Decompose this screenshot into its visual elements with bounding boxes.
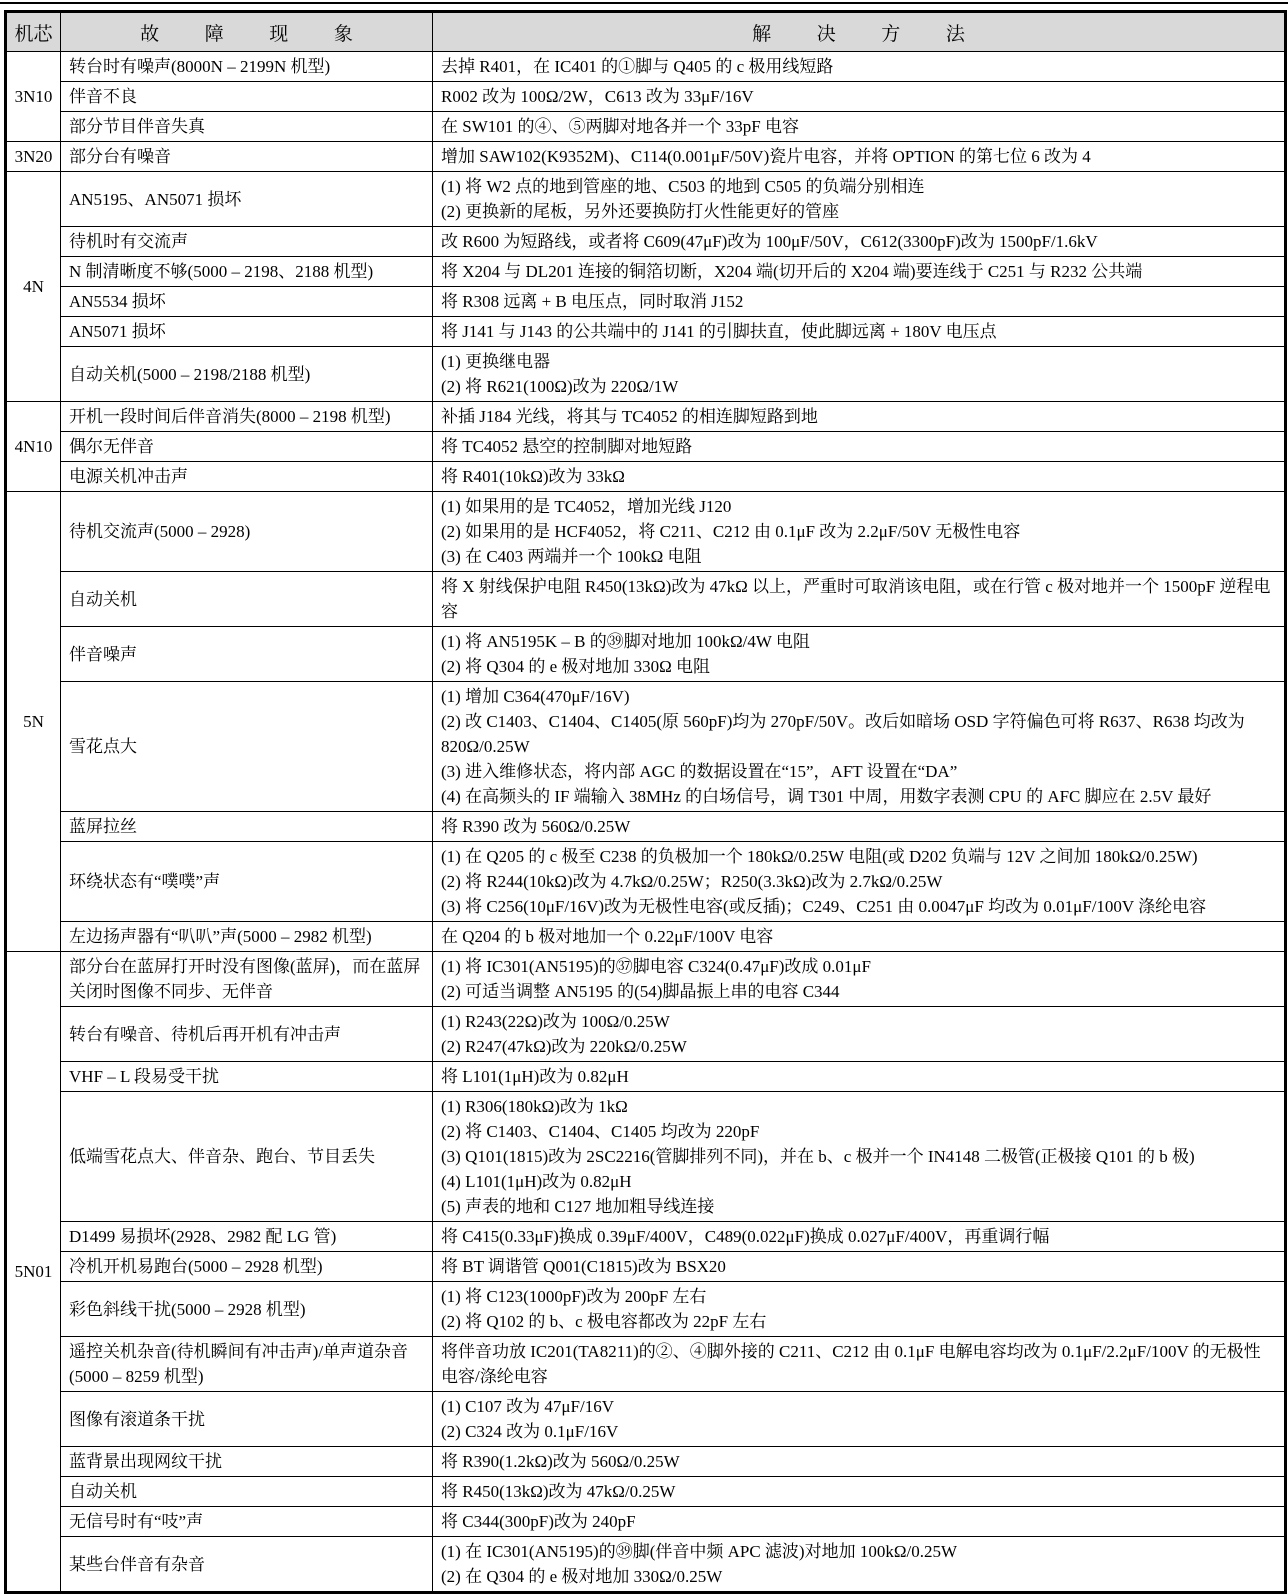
solution-line: 将伴音功放 IC201(TA8211)的②、④脚外接的 C211、C212 由 … — [441, 1339, 1276, 1389]
solution-line: 将 C415(0.33μF)换成 0.39μF/400V，C489(0.022μ… — [441, 1224, 1276, 1249]
solution-line: 去掉 R401，在 IC401 的①脚与 Q405 的 c 极用线短路 — [441, 54, 1276, 79]
symptom-cell: 开机一段时间后伴音消失(8000 – 2198 机型) — [61, 402, 433, 432]
solution-line: (3) 在 C403 两端并一个 100kΩ 电阻 — [441, 544, 1276, 569]
solution-line: 将 TC4052 悬空的控制脚对地短路 — [441, 434, 1276, 459]
chassis-cell: 3N20 — [6, 142, 61, 172]
symptom-cell: 部分节目伴音失真 — [61, 112, 433, 142]
table-row: 转台有噪音、待机后再开机有冲击声(1) R243(22Ω)改为 100Ω/0.2… — [6, 1007, 1286, 1062]
solution-cell: (1) 将 C123(1000pF)改为 200pF 左右(2) 将 Q102 … — [433, 1282, 1286, 1337]
solution-cell: (1) 在 Q205 的 c 极至 C238 的负极加一个 180kΩ/0.25… — [433, 842, 1286, 922]
symptom-cell: 转台有噪音、待机后再开机有冲击声 — [61, 1007, 433, 1062]
solution-line: 将 X 射线保护电阻 R450(13kΩ)改为 47kΩ 以上，严重时可取消该电… — [441, 574, 1276, 624]
symptom-cell: 偶尔无伴音 — [61, 432, 433, 462]
solution-line: (2) R247(47kΩ)改为 220kΩ/0.25W — [441, 1034, 1276, 1059]
table-row: 蓝屏拉丝将 R390 改为 560Ω/0.25W — [6, 812, 1286, 842]
chassis-cell: 5N — [6, 492, 61, 952]
solution-line: (2) 将 Q304 的 e 极对地加 330Ω 电阻 — [441, 654, 1276, 679]
solution-cell: R002 改为 100Ω/2W，C613 改为 33μF/16V — [433, 82, 1286, 112]
solution-cell: 改 R600 为短路线，或者将 C609(47μF)改为 100μF/50V，C… — [433, 227, 1286, 257]
solution-cell: 将 X204 与 DL201 连接的铜箔切断，X204 端(切开后的 X204 … — [433, 257, 1286, 287]
symptom-cell: 部分台有噪音 — [61, 142, 433, 172]
symptom-cell: 彩色斜线干扰(5000 – 2928 机型) — [61, 1282, 433, 1337]
solution-line: 将 R390 改为 560Ω/0.25W — [441, 814, 1276, 839]
table-row: N 制清晰度不够(5000 – 2198、2188 机型)将 X204 与 DL… — [6, 257, 1286, 287]
symptom-cell: 图像有滚道条干扰 — [61, 1392, 433, 1447]
solution-cell: 去掉 R401，在 IC401 的①脚与 Q405 的 c 极用线短路 — [433, 52, 1286, 82]
solution-line: (1) 将 W2 点的地到管座的地、C503 的地到 C505 的负端分别相连 — [441, 174, 1276, 199]
table-row: 彩色斜线干扰(5000 – 2928 机型)(1) 将 C123(1000pF)… — [6, 1282, 1286, 1337]
chassis-cell: 4N10 — [6, 402, 61, 492]
table-row: 伴音噪声(1) 将 AN5195K – B 的㊴脚对地加 100kΩ/4W 电阻… — [6, 627, 1286, 682]
solution-line: (2) C324 改为 0.1μF/16V — [441, 1419, 1276, 1444]
table-body: 3N10转台时有噪声(8000N – 2199N 机型)去掉 R401，在 IC… — [6, 52, 1286, 1593]
table-row: 部分节目伴音失真在 SW101 的④、⑤两脚对地各并一个 33pF 电容 — [6, 112, 1286, 142]
symptom-cell: 待机时有交流声 — [61, 227, 433, 257]
symptom-cell: 伴音不良 — [61, 82, 433, 112]
solution-cell: (1) 更换继电器(2) 将 R621(100Ω)改为 220Ω/1W — [433, 347, 1286, 402]
table-row: 偶尔无伴音将 TC4052 悬空的控制脚对地短路 — [6, 432, 1286, 462]
symptom-cell: 遥控关机杂音(待机瞬间有冲击声)/单声道杂音(5000 – 8259 机型) — [61, 1337, 433, 1392]
table-row: 电源关机冲击声将 R401(10kΩ)改为 33kΩ — [6, 462, 1286, 492]
solution-line: (1) 在 Q205 的 c 极至 C238 的负极加一个 180kΩ/0.25… — [441, 844, 1276, 869]
solution-cell: 将 J141 与 J143 的公共端中的 J141 的引脚扶直，使此脚远离 + … — [433, 317, 1286, 347]
table-row: AN5071 损坏将 J141 与 J143 的公共端中的 J141 的引脚扶直… — [6, 317, 1286, 347]
table-row: 3N10转台时有噪声(8000N – 2199N 机型)去掉 R401，在 IC… — [6, 52, 1286, 82]
symptom-cell: 蓝屏拉丝 — [61, 812, 433, 842]
table-row: 无信号时有“吱”声将 C344(300pF)改为 240pF — [6, 1507, 1286, 1537]
chassis-cell: 3N10 — [6, 52, 61, 142]
table-row: 5N01部分台在蓝屏打开时没有图像(蓝屏)，而在蓝屏关闭时图像不同步、无伴音(1… — [6, 952, 1286, 1007]
solution-cell: (1) R243(22Ω)改为 100Ω/0.25W(2) R247(47kΩ)… — [433, 1007, 1286, 1062]
solution-cell: (1) C107 改为 47μF/16V(2) C324 改为 0.1μF/16… — [433, 1392, 1286, 1447]
table-row: 遥控关机杂音(待机瞬间有冲击声)/单声道杂音(5000 – 8259 机型)将伴… — [6, 1337, 1286, 1392]
solution-line: 将 C344(300pF)改为 240pF — [441, 1509, 1276, 1534]
symptom-cell: 蓝背景出现网纹干扰 — [61, 1447, 433, 1477]
solution-cell: 将 R390 改为 560Ω/0.25W — [433, 812, 1286, 842]
solution-cell: (1) 如果用的是 TC4052，增加光线 J120(2) 如果用的是 HCF4… — [433, 492, 1286, 572]
solution-line: 补插 J184 光线，将其与 TC4052 的相连脚短路到地 — [441, 404, 1276, 429]
table-row: 5N待机交流声(5000 – 2928)(1) 如果用的是 TC4052，增加光… — [6, 492, 1286, 572]
solution-cell: 将 R450(13kΩ)改为 47kΩ/0.25W — [433, 1477, 1286, 1507]
solution-line: (2) 更换新的尾板，另外还要换防打火性能更好的管座 — [441, 199, 1276, 224]
symptom-cell: 自动关机 — [61, 1477, 433, 1507]
solution-cell: 将 R308 远离 + B 电压点，同时取消 J152 — [433, 287, 1286, 317]
solution-line: 改 R600 为短路线，或者将 C609(47μF)改为 100μF/50V，C… — [441, 229, 1276, 254]
solution-line: (2) 在 Q304 的 e 极对地加 330Ω/0.25W — [441, 1564, 1276, 1589]
solution-line: (1) 将 IC301(AN5195)的㊲脚电容 C324(0.47μF)改成 … — [441, 954, 1276, 979]
solution-line: 在 SW101 的④、⑤两脚对地各并一个 33pF 电容 — [441, 114, 1276, 139]
solution-cell: (1) 将 W2 点的地到管座的地、C503 的地到 C505 的负端分别相连(… — [433, 172, 1286, 227]
table-row: 环绕状态有“噗噗”声(1) 在 Q205 的 c 极至 C238 的负极加一个 … — [6, 842, 1286, 922]
solution-line: 将 R450(13kΩ)改为 47kΩ/0.25W — [441, 1479, 1276, 1504]
symptom-cell: N 制清晰度不够(5000 – 2198、2188 机型) — [61, 257, 433, 287]
page-top-rule — [0, 2, 1288, 4]
symptom-cell: 低端雪花点大、伴音杂、跑台、节目丢失 — [61, 1092, 433, 1222]
solution-line: (2) 将 R244(10kΩ)改为 4.7kΩ/0.25W；R250(3.3k… — [441, 869, 1276, 894]
symptom-cell: 待机交流声(5000 – 2928) — [61, 492, 433, 572]
solution-line: (1) 在 IC301(AN5195)的㊴脚(伴音中频 APC 滤波)对地加 1… — [441, 1539, 1276, 1564]
table-row: 自动关机将 X 射线保护电阻 R450(13kΩ)改为 47kΩ 以上，严重时可… — [6, 572, 1286, 627]
solution-line: (2) 改 C1403、C1404、C1405(原 560pF)均为 270pF… — [441, 709, 1276, 759]
solution-line: 将 R390(1.2kΩ)改为 560Ω/0.25W — [441, 1449, 1276, 1474]
solution-cell: 在 SW101 的④、⑤两脚对地各并一个 33pF 电容 — [433, 112, 1286, 142]
symptom-cell: 雪花点大 — [61, 682, 433, 812]
symptom-cell: 冷机开机易跑台(5000 – 2928 机型) — [61, 1252, 433, 1282]
solution-line: (2) 将 C1403、C1404、C1405 均改为 220pF — [441, 1119, 1276, 1144]
solution-cell: 将 C415(0.33μF)换成 0.39μF/400V，C489(0.022μ… — [433, 1222, 1286, 1252]
solution-line: (3) 进入维修状态，将内部 AGC 的数据设置在“15”，AFT 设置在“DA… — [441, 759, 1276, 784]
solution-cell: 将 C344(300pF)改为 240pF — [433, 1507, 1286, 1537]
table-row: D1499 易损坏(2928、2982 配 LG 管)将 C415(0.33μF… — [6, 1222, 1286, 1252]
symptom-cell: 左边扬声器有“叭叭”声(5000 – 2982 机型) — [61, 922, 433, 952]
column-header-symptom-label: 故障现象 — [140, 24, 398, 45]
table-row: 自动关机(5000 – 2198/2188 机型)(1) 更换继电器(2) 将 … — [6, 347, 1286, 402]
symptom-cell: 某些台伴音有杂音 — [61, 1537, 433, 1593]
column-header-chassis: 机芯 — [6, 12, 61, 52]
symptom-cell: 伴音噪声 — [61, 627, 433, 682]
solution-cell: 将 R401(10kΩ)改为 33kΩ — [433, 462, 1286, 492]
symptom-cell: AN5195、AN5071 损坏 — [61, 172, 433, 227]
solution-line: (3) 将 C256(10μF/16V)改为无极性电容(或反插)；C249、C2… — [441, 894, 1276, 919]
solution-line: (1) 增加 C364(470μF/16V) — [441, 684, 1276, 709]
table-row: 自动关机将 R450(13kΩ)改为 47kΩ/0.25W — [6, 1477, 1286, 1507]
solution-cell: 将 R390(1.2kΩ)改为 560Ω/0.25W — [433, 1447, 1286, 1477]
solution-line: 将 J141 与 J143 的公共端中的 J141 的引脚扶直，使此脚远离 + … — [441, 319, 1276, 344]
solution-cell: 补插 J184 光线，将其与 TC4052 的相连脚短路到地 — [433, 402, 1286, 432]
table-row: 3N20部分台有噪音增加 SAW102(K9352M)、C114(0.001μF… — [6, 142, 1286, 172]
solution-cell: (1) R306(180kΩ)改为 1kΩ(2) 将 C1403、C1404、C… — [433, 1092, 1286, 1222]
solution-line: (1) C107 改为 47μF/16V — [441, 1394, 1276, 1419]
solution-line: (1) 将 C123(1000pF)改为 200pF 左右 — [441, 1284, 1276, 1309]
solution-line: (1) 将 AN5195K – B 的㊴脚对地加 100kΩ/4W 电阻 — [441, 629, 1276, 654]
fault-solution-table: 机芯 故障现象 解决方法 3N10转台时有噪声(8000N – 2199N 机型… — [4, 10, 1287, 1594]
symptom-cell: VHF – L 段易受干扰 — [61, 1062, 433, 1092]
solution-cell: 将 TC4052 悬空的控制脚对地短路 — [433, 432, 1286, 462]
solution-cell: 将伴音功放 IC201(TA8211)的②、④脚外接的 C211、C212 由 … — [433, 1337, 1286, 1392]
symptom-cell: 转台时有噪声(8000N – 2199N 机型) — [61, 52, 433, 82]
solution-line: (3) Q101(1815)改为 2SC2216(管脚排列不同)，并在 b、c … — [441, 1144, 1276, 1169]
solution-line: R002 改为 100Ω/2W，C613 改为 33μF/16V — [441, 84, 1276, 109]
table-row: 待机时有交流声改 R600 为短路线，或者将 C609(47μF)改为 100μ… — [6, 227, 1286, 257]
solution-line: (2) 将 R621(100Ω)改为 220Ω/1W — [441, 374, 1276, 399]
solution-line: (2) 可适当调整 AN5195 的(54)脚晶振上串的电容 C344 — [441, 979, 1276, 1004]
solution-line: 将 BT 调谐管 Q001(C1815)改为 BSX20 — [441, 1254, 1276, 1279]
solution-cell: (1) 在 IC301(AN5195)的㊴脚(伴音中频 APC 滤波)对地加 1… — [433, 1537, 1286, 1593]
symptom-cell: 自动关机(5000 – 2198/2188 机型) — [61, 347, 433, 402]
chassis-cell: 4N — [6, 172, 61, 402]
solution-line: 将 R308 远离 + B 电压点，同时取消 J152 — [441, 289, 1276, 314]
solution-line: (4) 在高频头的 IF 端输入 38MHz 的白场信号，调 T301 中周，用… — [441, 784, 1276, 809]
solution-line: 将 R401(10kΩ)改为 33kΩ — [441, 464, 1276, 489]
column-header-solution: 解决方法 — [433, 12, 1286, 52]
solution-line: 将 X204 与 DL201 连接的铜箔切断，X204 端(切开后的 X204 … — [441, 259, 1276, 284]
solution-line: 增加 SAW102(K9352M)、C114(0.001μF/50V)瓷片电容，… — [441, 144, 1276, 169]
table-row: 蓝背景出现网纹干扰将 R390(1.2kΩ)改为 560Ω/0.25W — [6, 1447, 1286, 1477]
table-row: 左边扬声器有“叭叭”声(5000 – 2982 机型)在 Q204 的 b 极对… — [6, 922, 1286, 952]
table-row: VHF – L 段易受干扰将 L101(1μH)改为 0.82μH — [6, 1062, 1286, 1092]
table-row: 4N10开机一段时间后伴音消失(8000 – 2198 机型)补插 J184 光… — [6, 402, 1286, 432]
symptom-cell: AN5534 损坏 — [61, 287, 433, 317]
solution-line: (1) 更换继电器 — [441, 349, 1276, 374]
table-row: 伴音不良R002 改为 100Ω/2W，C613 改为 33μF/16V — [6, 82, 1286, 112]
solution-line: 在 Q204 的 b 极对地加一个 0.22μF/100V 电容 — [441, 924, 1276, 949]
table-row: 低端雪花点大、伴音杂、跑台、节目丢失(1) R306(180kΩ)改为 1kΩ(… — [6, 1092, 1286, 1222]
table-row: 冷机开机易跑台(5000 – 2928 机型)将 BT 调谐管 Q001(C18… — [6, 1252, 1286, 1282]
solution-line: 将 L101(1μH)改为 0.82μH — [441, 1064, 1276, 1089]
table-row: AN5534 损坏将 R308 远离 + B 电压点，同时取消 J152 — [6, 287, 1286, 317]
column-header-symptom: 故障现象 — [61, 12, 433, 52]
table-header-row: 机芯 故障现象 解决方法 — [6, 12, 1286, 52]
symptom-cell: AN5071 损坏 — [61, 317, 433, 347]
chassis-cell: 5N01 — [6, 952, 61, 1593]
symptom-cell: 部分台在蓝屏打开时没有图像(蓝屏)，而在蓝屏关闭时图像不同步、无伴音 — [61, 952, 433, 1007]
table-row: 雪花点大(1) 增加 C364(470μF/16V)(2) 改 C1403、C1… — [6, 682, 1286, 812]
solution-cell: (1) 将 IC301(AN5195)的㊲脚电容 C324(0.47μF)改成 … — [433, 952, 1286, 1007]
solution-cell: 将 BT 调谐管 Q001(C1815)改为 BSX20 — [433, 1252, 1286, 1282]
solution-line: (2) 将 Q102 的 b、c 极电容都改为 22pF 左右 — [441, 1309, 1276, 1334]
solution-cell: (1) 增加 C364(470μF/16V)(2) 改 C1403、C1404、… — [433, 682, 1286, 812]
solution-cell: 增加 SAW102(K9352M)、C114(0.001μF/50V)瓷片电容，… — [433, 142, 1286, 172]
symptom-cell: 环绕状态有“噗噗”声 — [61, 842, 433, 922]
solution-cell: 在 Q204 的 b 极对地加一个 0.22μF/100V 电容 — [433, 922, 1286, 952]
solution-line: (4) L101(1μH)改为 0.82μH — [441, 1169, 1276, 1194]
symptom-cell: D1499 易损坏(2928、2982 配 LG 管) — [61, 1222, 433, 1252]
table-row: 4NAN5195、AN5071 损坏(1) 将 W2 点的地到管座的地、C503… — [6, 172, 1286, 227]
solution-line: (1) 如果用的是 TC4052，增加光线 J120 — [441, 494, 1276, 519]
solution-cell: (1) 将 AN5195K – B 的㊴脚对地加 100kΩ/4W 电阻(2) … — [433, 627, 1286, 682]
symptom-cell: 无信号时有“吱”声 — [61, 1507, 433, 1537]
solution-line: (2) 如果用的是 HCF4052，将 C211、C212 由 0.1μF 改为… — [441, 519, 1276, 544]
symptom-cell: 自动关机 — [61, 572, 433, 627]
symptom-cell: 电源关机冲击声 — [61, 462, 433, 492]
solution-line: (1) R243(22Ω)改为 100Ω/0.25W — [441, 1009, 1276, 1034]
solution-cell: 将 X 射线保护电阻 R450(13kΩ)改为 47kΩ 以上，严重时可取消该电… — [433, 572, 1286, 627]
table-row: 某些台伴音有杂音(1) 在 IC301(AN5195)的㊴脚(伴音中频 APC … — [6, 1537, 1286, 1593]
solution-cell: 将 L101(1μH)改为 0.82μH — [433, 1062, 1286, 1092]
column-header-solution-label: 解决方法 — [752, 24, 1010, 45]
table-row: 图像有滚道条干扰(1) C107 改为 47μF/16V(2) C324 改为 … — [6, 1392, 1286, 1447]
solution-line: (5) 声表的地和 C127 地加粗导线连接 — [441, 1194, 1276, 1219]
solution-line: (1) R306(180kΩ)改为 1kΩ — [441, 1094, 1276, 1119]
